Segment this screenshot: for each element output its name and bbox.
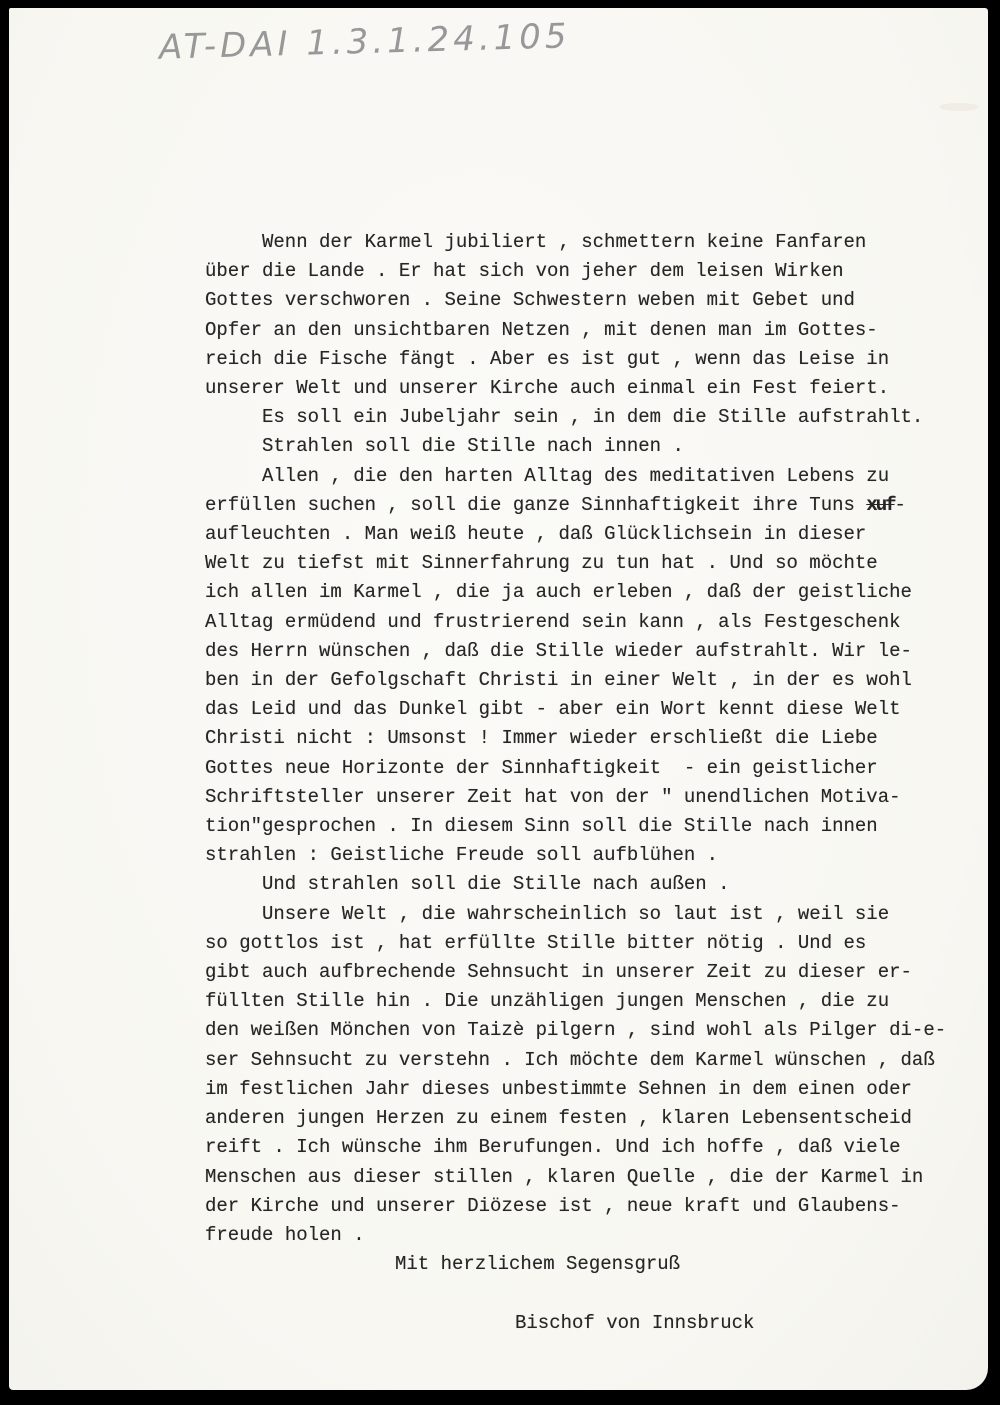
letter-line: tion"gesprochen . In diesem Sinn soll di…: [205, 812, 975, 841]
letter-line: über die Lande . Er hat sich von jeher d…: [205, 257, 975, 286]
letter-line: Christi nicht : Umsonst ! Immer wieder e…: [205, 724, 975, 753]
letter-line: reift . Ich wünsche ihm Berufungen. Und …: [205, 1133, 975, 1162]
letter-line: der Kirche und unserer Diözese ist , neu…: [205, 1192, 975, 1221]
letter-line: Menschen aus dieser stillen , klaren Que…: [205, 1163, 975, 1192]
letter-line: füllten Stille hin . Die unzähligen jung…: [205, 987, 975, 1016]
letter-line: Alltag ermüdend und frustrierend sein ka…: [205, 608, 975, 637]
letter-line: ser Sehnsucht zu verstehn . Ich möchte d…: [205, 1046, 975, 1075]
letter-line: Gottes neue Horizonte der Sinnhaftigkeit…: [205, 754, 975, 783]
letter-line: Schriftsteller unserer Zeit hat von der …: [205, 783, 975, 812]
letter-line: Wenn der Karmel jubiliert , schmettern k…: [205, 228, 975, 257]
paper-smudge: [939, 103, 979, 111]
letter-line: Allen , die den harten Alltag des medita…: [205, 462, 975, 491]
letter-body: Wenn der Karmel jubiliert , schmettern k…: [205, 228, 975, 1338]
letter-line: Gottes verschworen . Seine Schwestern we…: [205, 286, 975, 315]
letter-line: den weißen Mönchen von Taizè pilgern , s…: [205, 1016, 975, 1045]
letter-line: reich die Fische fängt . Aber es ist gut…: [205, 345, 975, 374]
letter-line: freude holen .: [205, 1221, 975, 1250]
letter-line: unserer Welt und unserer Kirche auch ein…: [205, 374, 975, 403]
letter-line: ich allen im Karmel , die ja auch erlebe…: [205, 578, 975, 607]
struck-out-text: xuf: [866, 494, 894, 516]
letter-line: im festlichen Jahr dieses unbestimmte Se…: [205, 1075, 975, 1104]
letter-line: Und strahlen soll die Stille nach außen …: [205, 870, 975, 899]
letter-line: das Leid und das Dunkel gibt - aber ein …: [205, 695, 975, 724]
letter-line: des Herrn wünschen , daß die Stille wied…: [205, 637, 975, 666]
scanned-page-background: AT-DAI 1.3.1.24.105 Wenn der Karmel jubi…: [0, 0, 1000, 1405]
closing-line: Mit herzlichem Segensgruß: [395, 1250, 975, 1279]
letter-line: Es soll ein Jubeljahr sein , in dem die …: [205, 403, 975, 432]
letter-line: gibt auch aufbrechende Sehnsucht in unse…: [205, 958, 975, 987]
letter-line: Opfer an den unsichtbaren Netzen , mit d…: [205, 316, 975, 345]
letter-line: Unsere Welt , die wahrscheinlich so laut…: [205, 900, 975, 929]
archive-code-annotation: AT-DAI 1.3.1.24.105: [159, 16, 572, 67]
letter-line: Strahlen soll die Stille nach innen .: [205, 432, 975, 461]
letter-line: Welt zu tiefst mit Sinnerfahrung zu tun …: [205, 549, 975, 578]
letter-paper: AT-DAI 1.3.1.24.105 Wenn der Karmel jubi…: [9, 8, 988, 1390]
letter-line: anderen jungen Herzen zu einem festen , …: [205, 1104, 975, 1133]
letter-lines: Wenn der Karmel jubiliert , schmettern k…: [205, 228, 975, 1250]
signature-line: Bischof von Innsbruck: [515, 1309, 975, 1338]
letter-line: aufleuchten . Man weiß heute , daß Glück…: [205, 520, 975, 549]
letter-line: erfüllen suchen , soll die ganze Sinnhaf…: [205, 491, 975, 520]
letter-line: ben in der Gefolgschaft Christi in einer…: [205, 666, 975, 695]
letter-line: so gottlos ist , hat erfüllte Stille bit…: [205, 929, 975, 958]
letter-line: strahlen : Geistliche Freude soll aufblü…: [205, 841, 975, 870]
